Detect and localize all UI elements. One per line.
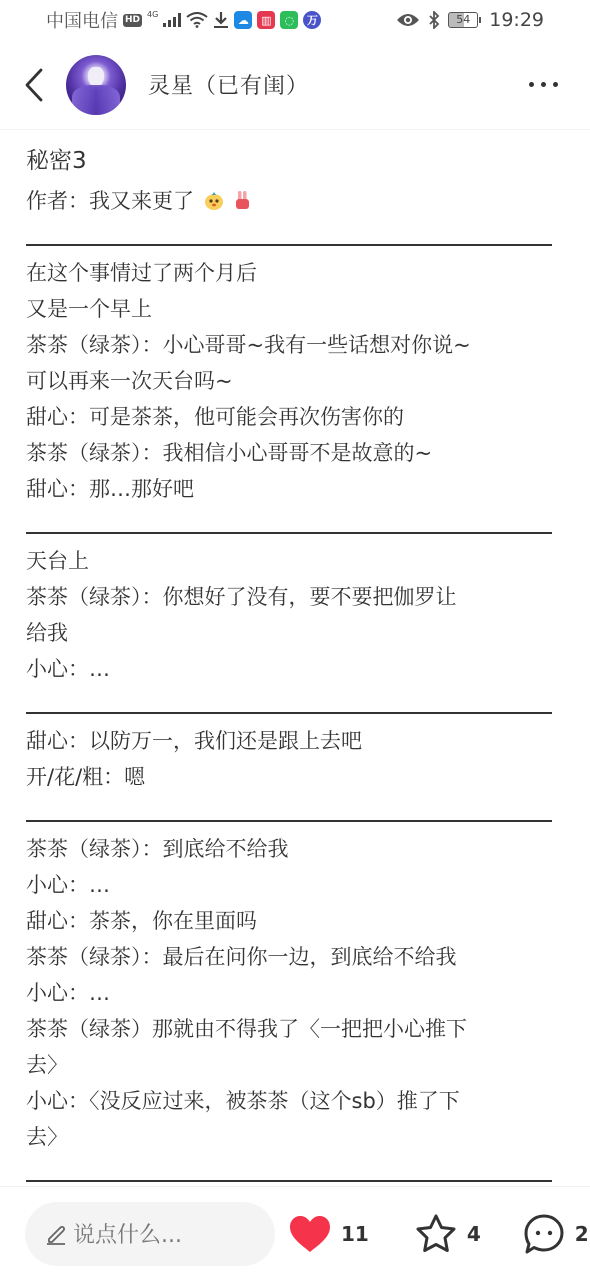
like-button[interactable]: 11 bbox=[289, 1215, 369, 1253]
pencil-icon bbox=[45, 1223, 67, 1245]
back-button[interactable] bbox=[20, 65, 48, 105]
wan-app-icon: 万 bbox=[303, 11, 321, 29]
text-line: 茶茶（绿茶）那就由不得我了〈一把把小心推下 bbox=[26, 1011, 566, 1047]
divider bbox=[26, 795, 566, 831]
text-line: 开/花/粗：嗯 bbox=[26, 759, 566, 795]
post-title: 秘密3 bbox=[26, 143, 566, 183]
text-line: 茶茶（绿茶）：我相信小心哥哥不是故意的~ bbox=[26, 435, 566, 471]
text-line: 甜心：以防万一，我们还是跟上去吧 bbox=[26, 723, 566, 759]
text-line: 茶茶（绿茶）：最后在问你一边，到底给不给我 bbox=[26, 939, 566, 975]
author-note-text: 作者：我又来更了 bbox=[26, 189, 194, 213]
author-note: 作者：我又来更了 bbox=[26, 183, 566, 219]
text-line: 天台上 bbox=[26, 543, 566, 579]
text-line: 可以再来一次天台吗~ bbox=[26, 363, 566, 399]
signal-icon bbox=[163, 13, 181, 27]
carrier-name: 中国电信 bbox=[46, 7, 118, 33]
chat-app-icon: ◌ bbox=[280, 11, 298, 29]
clock: 19:29 bbox=[489, 9, 544, 31]
post-header: 灵星（已有闺） bbox=[0, 40, 590, 130]
comment-bubble-icon bbox=[523, 1213, 565, 1255]
divider bbox=[26, 219, 566, 255]
divider bbox=[26, 507, 566, 543]
text-line: 小心：… bbox=[26, 975, 566, 1011]
author-name[interactable]: 灵星（已有闺） bbox=[148, 69, 309, 100]
text-line: 茶茶（绿茶）：小心哥哥~我有一些话想对你说~ bbox=[26, 327, 566, 363]
more-dot-icon bbox=[541, 82, 546, 87]
favorite-count: 4 bbox=[467, 1222, 481, 1246]
engagement-bar: 说点什么... 11 4 2 bbox=[0, 1186, 590, 1280]
like-count: 11 bbox=[341, 1222, 369, 1246]
text-line: 给我 bbox=[26, 615, 566, 651]
text-line: 甜心：那…那好吧 bbox=[26, 471, 566, 507]
hd-icon: HD bbox=[123, 14, 142, 27]
bluetooth-icon bbox=[428, 11, 440, 29]
divider bbox=[26, 687, 566, 723]
download-icon bbox=[213, 11, 229, 29]
text-line: 茶茶（绿茶）：你想好了没有，要不要把伽罗让 bbox=[26, 579, 566, 615]
favorite-button[interactable]: 4 bbox=[415, 1214, 481, 1254]
star-icon bbox=[415, 1214, 457, 1254]
eye-icon bbox=[396, 12, 420, 28]
text-line: 又是一个早上 bbox=[26, 291, 566, 327]
wifi-icon bbox=[186, 12, 208, 28]
peace-hand-emoji-icon bbox=[233, 189, 253, 211]
battery-icon: 54 bbox=[448, 12, 481, 28]
comment-count: 2 bbox=[575, 1222, 589, 1246]
comment-placeholder: 说点什么... bbox=[73, 1218, 182, 1249]
weather-app-icon: ☁ bbox=[234, 11, 252, 29]
reader-app-icon: ▥ bbox=[257, 11, 275, 29]
text-line: 甜心：可是茶茶，他可能会再次伤害你的 bbox=[26, 399, 566, 435]
status-bar: 中国电信 HD 4G ☁ ▥ ◌ 万 54 bbox=[0, 0, 590, 40]
chick-emoji-icon bbox=[204, 189, 224, 211]
more-dot-icon bbox=[529, 82, 534, 87]
text-line: 甜心：茶茶，你在里面吗 bbox=[26, 903, 566, 939]
post-content: 秘密3 作者：我又来更了 在这个事情过了两个月后 又是一个早上 茶茶（绿茶）：小… bbox=[26, 143, 566, 1191]
text-line: 去〉 bbox=[26, 1047, 566, 1083]
more-dot-icon bbox=[553, 82, 558, 87]
text-line: 在这个事情过了两个月后 bbox=[26, 255, 566, 291]
chevron-left-icon bbox=[24, 68, 44, 102]
comment-input[interactable]: 说点什么... bbox=[25, 1202, 275, 1266]
text-line: 小心：〈没反应过来，被茶茶（这个sb）推了下 bbox=[26, 1083, 566, 1119]
text-line: 小心：… bbox=[26, 651, 566, 687]
text-line: 去〉 bbox=[26, 1119, 566, 1155]
heart-filled-icon bbox=[289, 1215, 331, 1253]
avatar[interactable] bbox=[66, 55, 126, 115]
more-options-button[interactable] bbox=[529, 82, 558, 87]
text-line: 茶茶（绿茶）：到底给不给我 bbox=[26, 831, 566, 867]
text-line: 小心：… bbox=[26, 867, 566, 903]
battery-level: 54 bbox=[448, 12, 478, 28]
comments-button[interactable]: 2 bbox=[523, 1213, 589, 1255]
network-type: 4G bbox=[147, 10, 158, 19]
